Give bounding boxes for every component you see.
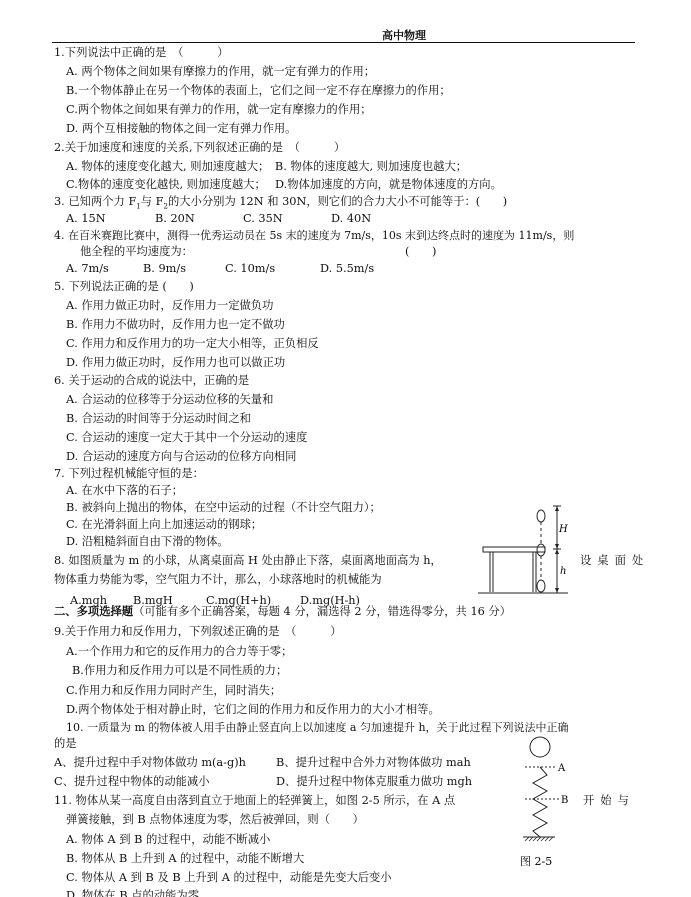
q6-option-b: B. 合运动的时间等于分运动时间之和: [66, 412, 251, 426]
q11-figure-label-a: A: [557, 763, 566, 774]
q3-option-d: D. 40N: [331, 212, 371, 226]
q5-option-a: A. 作用力做正功时，反作用力一定做负功: [66, 299, 273, 313]
q10-stem-line1: 10. 一质量为 m 的物体被人用手由静止竖直向上以加速度 a 匀加速提升 h，…: [66, 721, 569, 735]
q7-option-d: D. 沿粗糙斜面自由下滑的物体。: [66, 535, 229, 549]
q1-option-a: A. 两个物体之间如果有摩擦力的作用，就一定有弹力的作用；: [66, 65, 375, 79]
section-2-title: 二、多项选择题: [54, 605, 133, 618]
q4-option-b: B. 9m/s: [143, 262, 186, 276]
q5-stem: 5. 下列说法正确的是 ( ): [54, 280, 194, 294]
section-2-heading: 二、多项选择题（可能有多个正确答案，每题 4 分，漏选得 2 分，错选得零分，共…: [54, 605, 511, 619]
q8-stem-line1: 8. 如图质量为 m 的小球，从离桌面高 H 处由静止下落，桌面离地面高为 h，: [54, 554, 442, 568]
q7-option-a: A. 在水中下落的石子；: [66, 484, 183, 498]
q11-figure-caption: 图 2-5: [520, 855, 552, 868]
q6-option-d: D. 合运动的速度方向与合运动的位移方向相同: [66, 450, 296, 464]
q1-stem: 1.下列说法中正确的是 （ ）: [54, 46, 229, 60]
q11-stem-line2: 弹簧接触，到 B 点物体速度为零，然后被弹回，则（ ）: [66, 813, 364, 827]
q3-stem-c: 的大小分别为 12N 和 30N，则它们的合力大小不可能等于：( ): [168, 195, 507, 208]
q10-option-b: B、提升过程中合外力对物体做功 mah: [276, 756, 471, 770]
q9-option-c: C.作用力和反作用力同时产生，同时消失；: [66, 684, 281, 698]
section-2-note: （可能有多个正确答案，每题 4 分，漏选得 2 分，错选得零分，共 16 分）: [133, 605, 511, 618]
q10-option-c: C、提升过程中物体的动能减小: [54, 775, 210, 789]
q6-option-a: A. 合运动的位移等于分运动位移的矢量和: [66, 393, 273, 407]
header-title: 高中物理: [382, 27, 426, 43]
q4-stem-line2: 他全程的平均速度为：: [80, 245, 193, 259]
q1-option-c: C.两个物体之间如果有弹力的作用，就一定有摩擦力的作用；: [66, 103, 372, 117]
q10-option-a: A、提升过程中手对物体做功 m(a-g)h: [54, 756, 246, 770]
q3-stem-b: 与 F: [141, 195, 164, 208]
q4-blank: ( ): [405, 245, 436, 259]
q1-option-d: D. 两个互相接触的物体之间一定有弹力作用。: [66, 122, 296, 136]
q11-option-b: B. 物体从 B 上升到 A 的过程中，动能不断增大: [66, 852, 304, 866]
q1-option-b: B.一个物体静止在另一个物体的表面上，它们之间一定不存在摩擦力的作用；: [66, 84, 451, 98]
exam-page: 高中物理 1.下列说法中正确的是 （ ） A. 两个物体之间如果有摩擦力的作用，…: [0, 0, 691, 897]
q7-stem: 7. 下列过程机械能守恒的是：: [54, 467, 204, 481]
q3-option-a: A. 15N: [66, 212, 106, 226]
q2-options-row2: C.物体的速度变化越快, 则加速度越大； D.物体加速度的方向，就是物体速度的方…: [66, 178, 502, 192]
q7-option-c: C. 在光滑斜面上向上加速运动的钢球；: [66, 518, 262, 532]
q3-option-b: B. 20N: [155, 212, 195, 226]
q4-option-a: A. 7m/s: [66, 262, 109, 276]
q9-stem: 9.关于作用力和反作用力，下列叙述正确的是 （ ）: [54, 625, 342, 639]
q2-stem: 2.关于加速度和速度的关系,下列叙述正确的是 （ ）: [54, 141, 345, 155]
q4-option-c: C. 10m/s: [225, 262, 275, 276]
q8-stem-line2: 物体重力势能为零，空气阻力不计，那么，小球落地时的机械能为: [54, 573, 382, 587]
q10-option-d: D、提升过程中物体克服重力做功 mgh: [276, 775, 472, 789]
q5-option-c: C. 作用力和反作用力的功一定大小相等，正负相反: [66, 337, 319, 351]
q11-option-a: A. 物体 A 到 B 的过程中，动能不断减小: [66, 833, 270, 847]
q3-stem: 3. 已知两个力 F1与 F2的大小分别为 12N 和 30N，则它们的合力大小…: [54, 195, 507, 213]
q4-stem-line1: 4. 在百米赛跑比赛中，测得一优秀运动员在 5s 末的速度为 7m/s，10s …: [54, 229, 574, 243]
q11-option-d: D. 物体在 B 点的动能为零: [66, 889, 199, 897]
q11-stem-line1: 11. 物体从某一高度自由落到直立于地面上的轻弹簧上，如图 2-5 所示，在 A…: [54, 794, 455, 808]
q11-spring-figure: A B 图 2-5: [515, 735, 605, 875]
q9-option-a: A.一个作用力和它的反作用力的合力等于零；: [66, 645, 292, 659]
q8-figure-label-H: H: [558, 524, 568, 535]
q4-option-d: D. 5.5m/s: [320, 262, 374, 276]
q7-option-b: B. 被斜向上抛出的物体，在空中运动的过程（不计空气阻力）；: [66, 501, 381, 515]
q3-option-c: C. 35N: [243, 212, 283, 226]
q3-stem-a: 3. 已知两个力 F: [54, 195, 136, 208]
q9-option-d: D.两个物体处于相对静止时，它们之间的作用力和反作用力的大小才相等。: [66, 703, 440, 717]
header-rule: [52, 42, 635, 43]
q9-option-b: B.作用力和反作用力可以是不同性质的力；: [72, 664, 287, 678]
q11-option-c: C. 物体从 A 到 B 及 B 上升到 A 的过程中，动能是先变大后变小: [66, 871, 392, 885]
q6-option-c: C. 合运动的速度一定大于其中一个分运动的速度: [66, 431, 307, 445]
q5-option-b: B. 作用力不做功时，反作用力也一定不做功: [66, 318, 285, 332]
q10-stem-line2: 的是: [54, 737, 77, 751]
q11-figure-label-b: B: [561, 795, 568, 806]
q5-option-d: D. 作用力做正功时，反作用力也可以做正功: [66, 356, 285, 370]
q2-options-row1: A. 物体的速度变化越大, 则加速度越大； B. 物体的速度越大, 则加速度也越…: [66, 160, 467, 174]
q8-figure-label-h: h: [560, 566, 566, 577]
q8-table-ball-figure: H h: [475, 500, 610, 600]
q6-stem: 6. 关于运动的合成的说法中，正确的是: [54, 374, 249, 388]
